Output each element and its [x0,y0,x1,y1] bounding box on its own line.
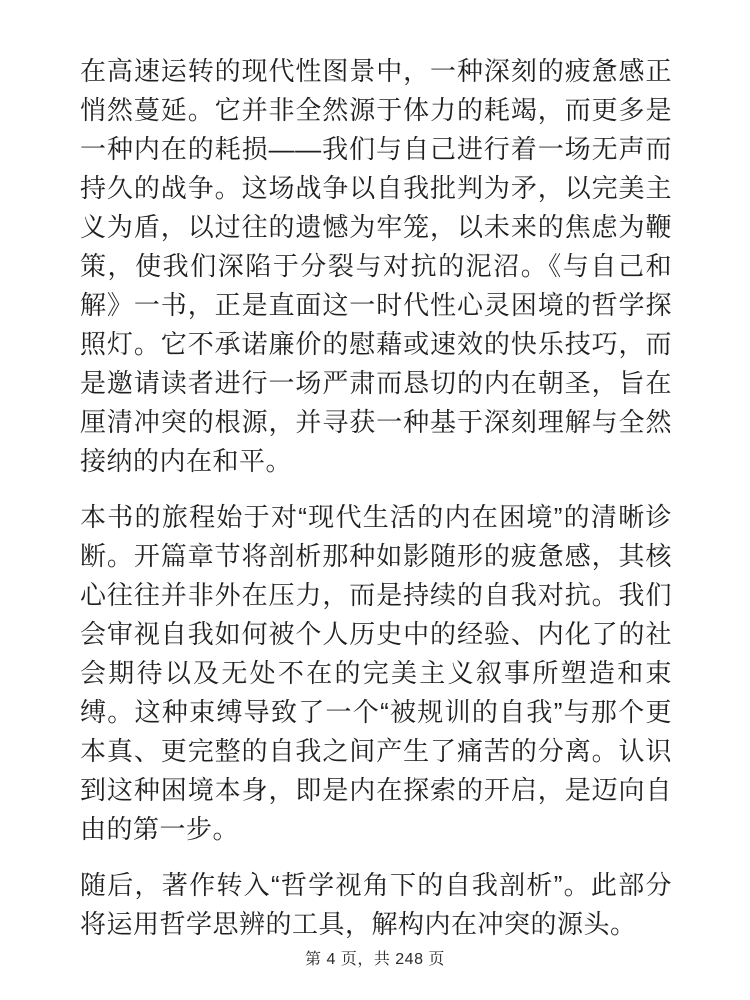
body-paragraph: 在高速运转的现代性图景中，一种深刻的疲惫感正悄然蔓延。它并非全然源于体力的耗竭，… [80,52,672,481]
document-page: 在高速运转的现代性图景中，一种深刻的疲惫感正悄然蔓延。它并非全然源于体力的耗竭，… [0,0,750,1000]
body-paragraph: 随后，著作转入“哲学视角下的自我剖析”。此部分将运用哲学思辨的工具，解构内在冲突… [80,866,672,944]
page-number-indicator: 第 4 页，共 248 页 [0,950,750,970]
body-paragraph: 本书的旅程始于对“现代生活的内在困境”的清晰诊断。开篇章节将剖析那种如影随形的疲… [80,498,672,849]
